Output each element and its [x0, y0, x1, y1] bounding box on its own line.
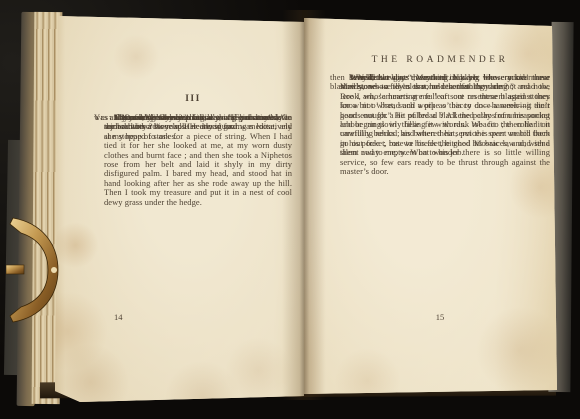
clasp-rod: [6, 265, 24, 274]
clasp-highlight: [51, 267, 57, 273]
brass-clasp: [6, 216, 64, 328]
text-segment: The man surveyed me in silence for a mom…: [104, 113, 278, 122]
book-photo: III Yesterday was a day of encounters.Fi…: [0, 0, 580, 419]
left-page-number: 14: [114, 312, 123, 322]
chapter-heading: III: [94, 94, 292, 104]
right-page-number: 15: [330, 312, 550, 322]
running-header: THE ROADMENDER: [330, 55, 550, 65]
right-page-text: THE ROADMENDER then he said slowly, “ Me…: [330, 55, 550, 73]
text-segment: Why do we give these tired children, who…: [340, 73, 550, 176]
left-page-text: III Yesterday was a day of encounters.Fi…: [94, 94, 292, 113]
